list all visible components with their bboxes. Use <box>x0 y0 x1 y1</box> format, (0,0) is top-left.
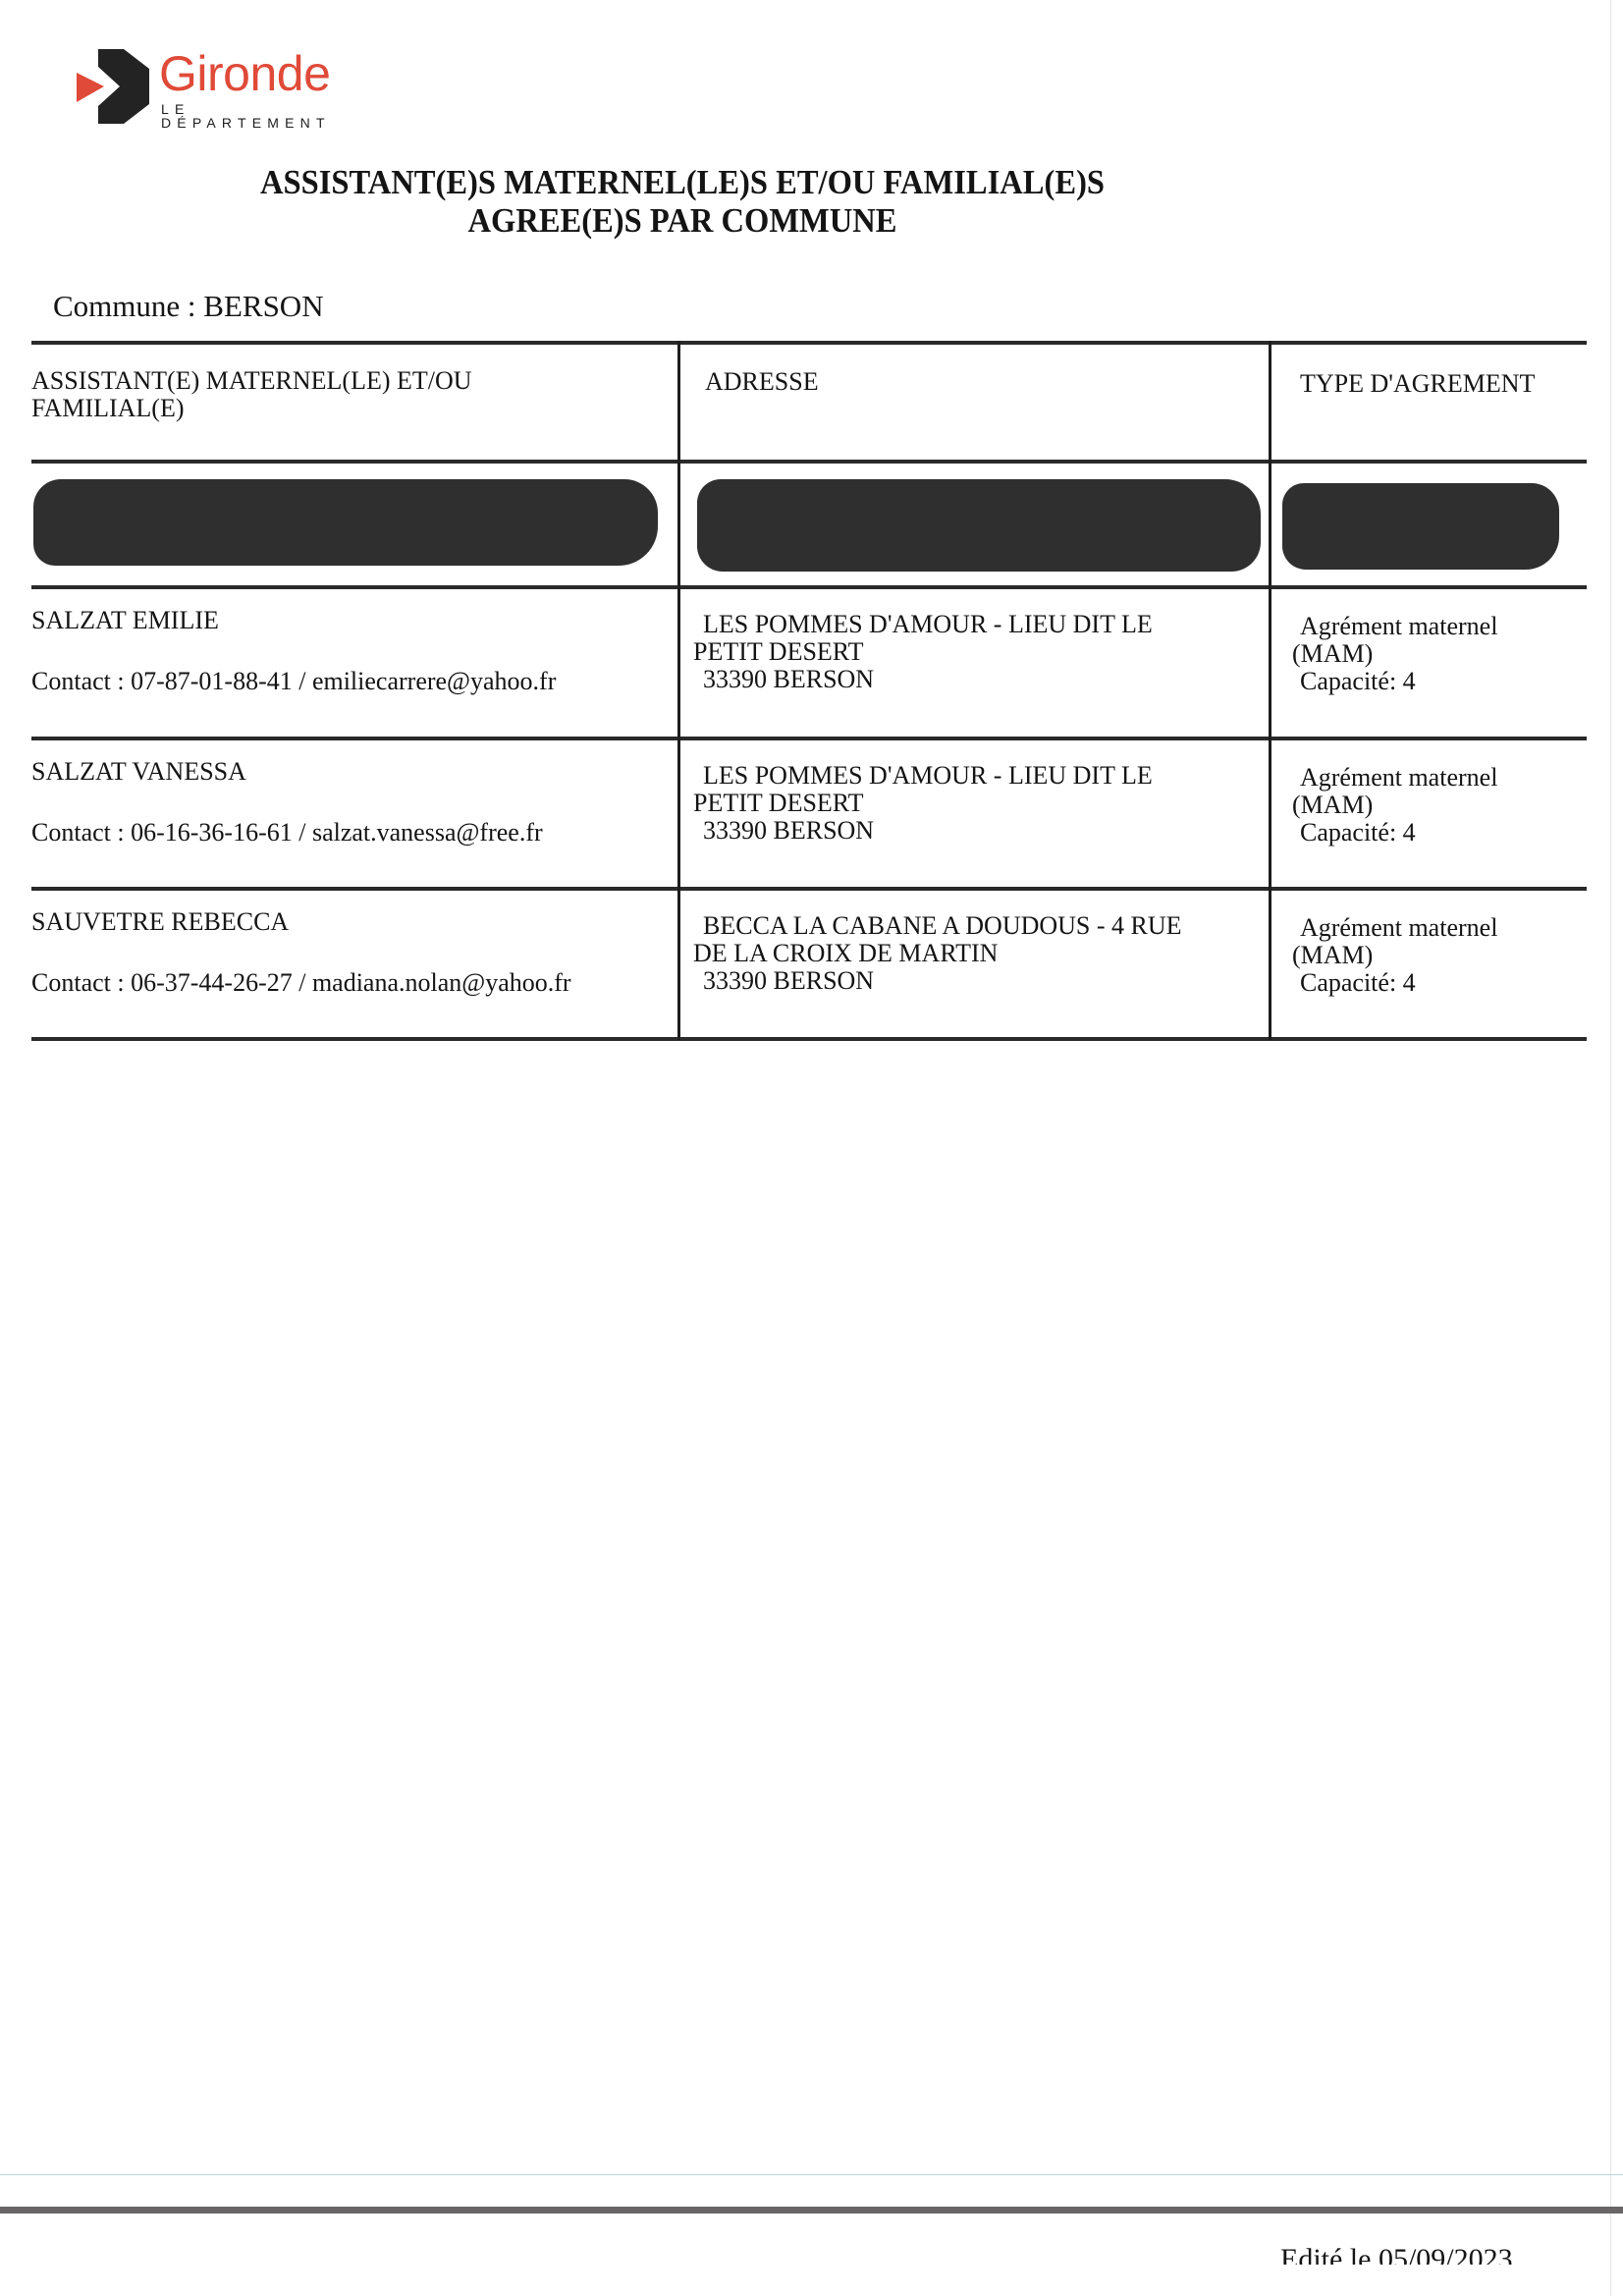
agreement-category: (MAM) <box>1292 792 1497 819</box>
address-line-1: LES POMMES D'AMOUR - LIEU DIT LE <box>693 611 1153 638</box>
address-cell: LES POMMES D'AMOUR - LIEU DIT LE PETIT D… <box>693 762 1153 845</box>
redaction-block <box>1282 483 1559 570</box>
title-line-1: ASSISTANT(E)S MATERNEL(LE)S ET/OU FAMILI… <box>48 163 1318 201</box>
table-rule <box>31 887 1587 891</box>
agreement-type-cell: Agrément maternel (MAM) Capacité: 4 <box>1292 914 1497 997</box>
table-rule <box>31 341 1587 345</box>
agreement-category: (MAM) <box>1292 640 1497 668</box>
header-assistant-line-1: ASSISTANT(E) MATERNEL(LE) ET/OU <box>31 367 472 395</box>
header-type: TYPE D'AGREMENT <box>1300 370 1535 398</box>
title-line-2: AGREE(E)S PAR COMMUNE <box>48 201 1318 240</box>
assistant-name: SALZAT VANESSA <box>31 758 246 786</box>
logo-name: Gironde <box>159 49 330 98</box>
redaction-block <box>697 479 1261 572</box>
agreement-category: (MAM) <box>1292 942 1497 969</box>
agreement-capacity: Capacité: 4 <box>1292 668 1497 695</box>
gironde-chevron-logo-icon <box>75 43 153 130</box>
assistant-contact: Contact : 06-16-36-16-61 / salzat.vaness… <box>31 819 543 847</box>
redaction-block <box>33 479 658 566</box>
agreement-type: Agrément maternel <box>1292 764 1497 792</box>
table-rule <box>31 460 1587 464</box>
table-rule <box>31 737 1587 740</box>
address-line-2: PETIT DESERT <box>693 790 1153 817</box>
address-cell: LES POMMES D'AMOUR - LIEU DIT LE PETIT D… <box>693 611 1153 693</box>
footer-bar <box>0 2207 1623 2214</box>
assistant-contact: Contact : 06-37-44-26-27 / madiana.nolan… <box>31 969 571 997</box>
assistant-name: SALZAT EMILIE <box>31 607 219 634</box>
agreement-type: Agrément maternel <box>1292 613 1497 640</box>
column-divider <box>1269 341 1271 1040</box>
edited-date: Edité le 05/09/2023 <box>1280 2245 1513 2265</box>
agreement-type-cell: Agrément maternel (MAM) Capacité: 4 <box>1292 764 1497 847</box>
address-cell: BECCA LA CABANE A DOUDOUS - 4 RUE DE LA … <box>693 912 1182 995</box>
logo-subtitle: LE DÉPARTEMENT <box>161 102 369 130</box>
address-postcode-city: 33390 BERSON <box>693 666 1153 693</box>
agreement-type-cell: Agrément maternel (MAM) Capacité: 4 <box>1292 613 1497 695</box>
page-edge <box>1610 0 1611 2296</box>
address-line-2: DE LA CROIX DE MARTIN <box>693 940 1182 967</box>
address-line-1: LES POMMES D'AMOUR - LIEU DIT LE <box>693 762 1153 790</box>
table-rule <box>31 1037 1587 1041</box>
assistant-contact: Contact : 07-87-01-88-41 / emiliecarrere… <box>31 668 556 695</box>
header-assistant-line-2: FAMILIAL(E) <box>31 395 472 422</box>
address-postcode-city: 33390 BERSON <box>693 817 1153 845</box>
document-title: ASSISTANT(E)S MATERNEL(LE)S ET/OU FAMILI… <box>48 163 1318 240</box>
column-divider <box>677 341 680 1040</box>
commune-label: Commune : BERSON <box>53 289 324 324</box>
footer-rule <box>0 2174 1623 2175</box>
address-postcode-city: 33390 BERSON <box>693 967 1182 995</box>
gironde-logo: Gironde LE DÉPARTEMENT <box>75 43 369 132</box>
agreement-capacity: Capacité: 4 <box>1292 969 1497 997</box>
agreement-type: Agrément maternel <box>1292 914 1497 942</box>
header-assistant: ASSISTANT(E) MATERNEL(LE) ET/OU FAMILIAL… <box>31 367 472 422</box>
address-line-2: PETIT DESERT <box>693 638 1153 666</box>
agreement-capacity: Capacité: 4 <box>1292 819 1497 847</box>
address-line-1: BECCA LA CABANE A DOUDOUS - 4 RUE <box>693 912 1182 940</box>
header-address: ADRESSE <box>705 368 819 396</box>
table-rule <box>31 585 1587 589</box>
assistant-name: SAUVETRE REBECCA <box>31 908 289 936</box>
